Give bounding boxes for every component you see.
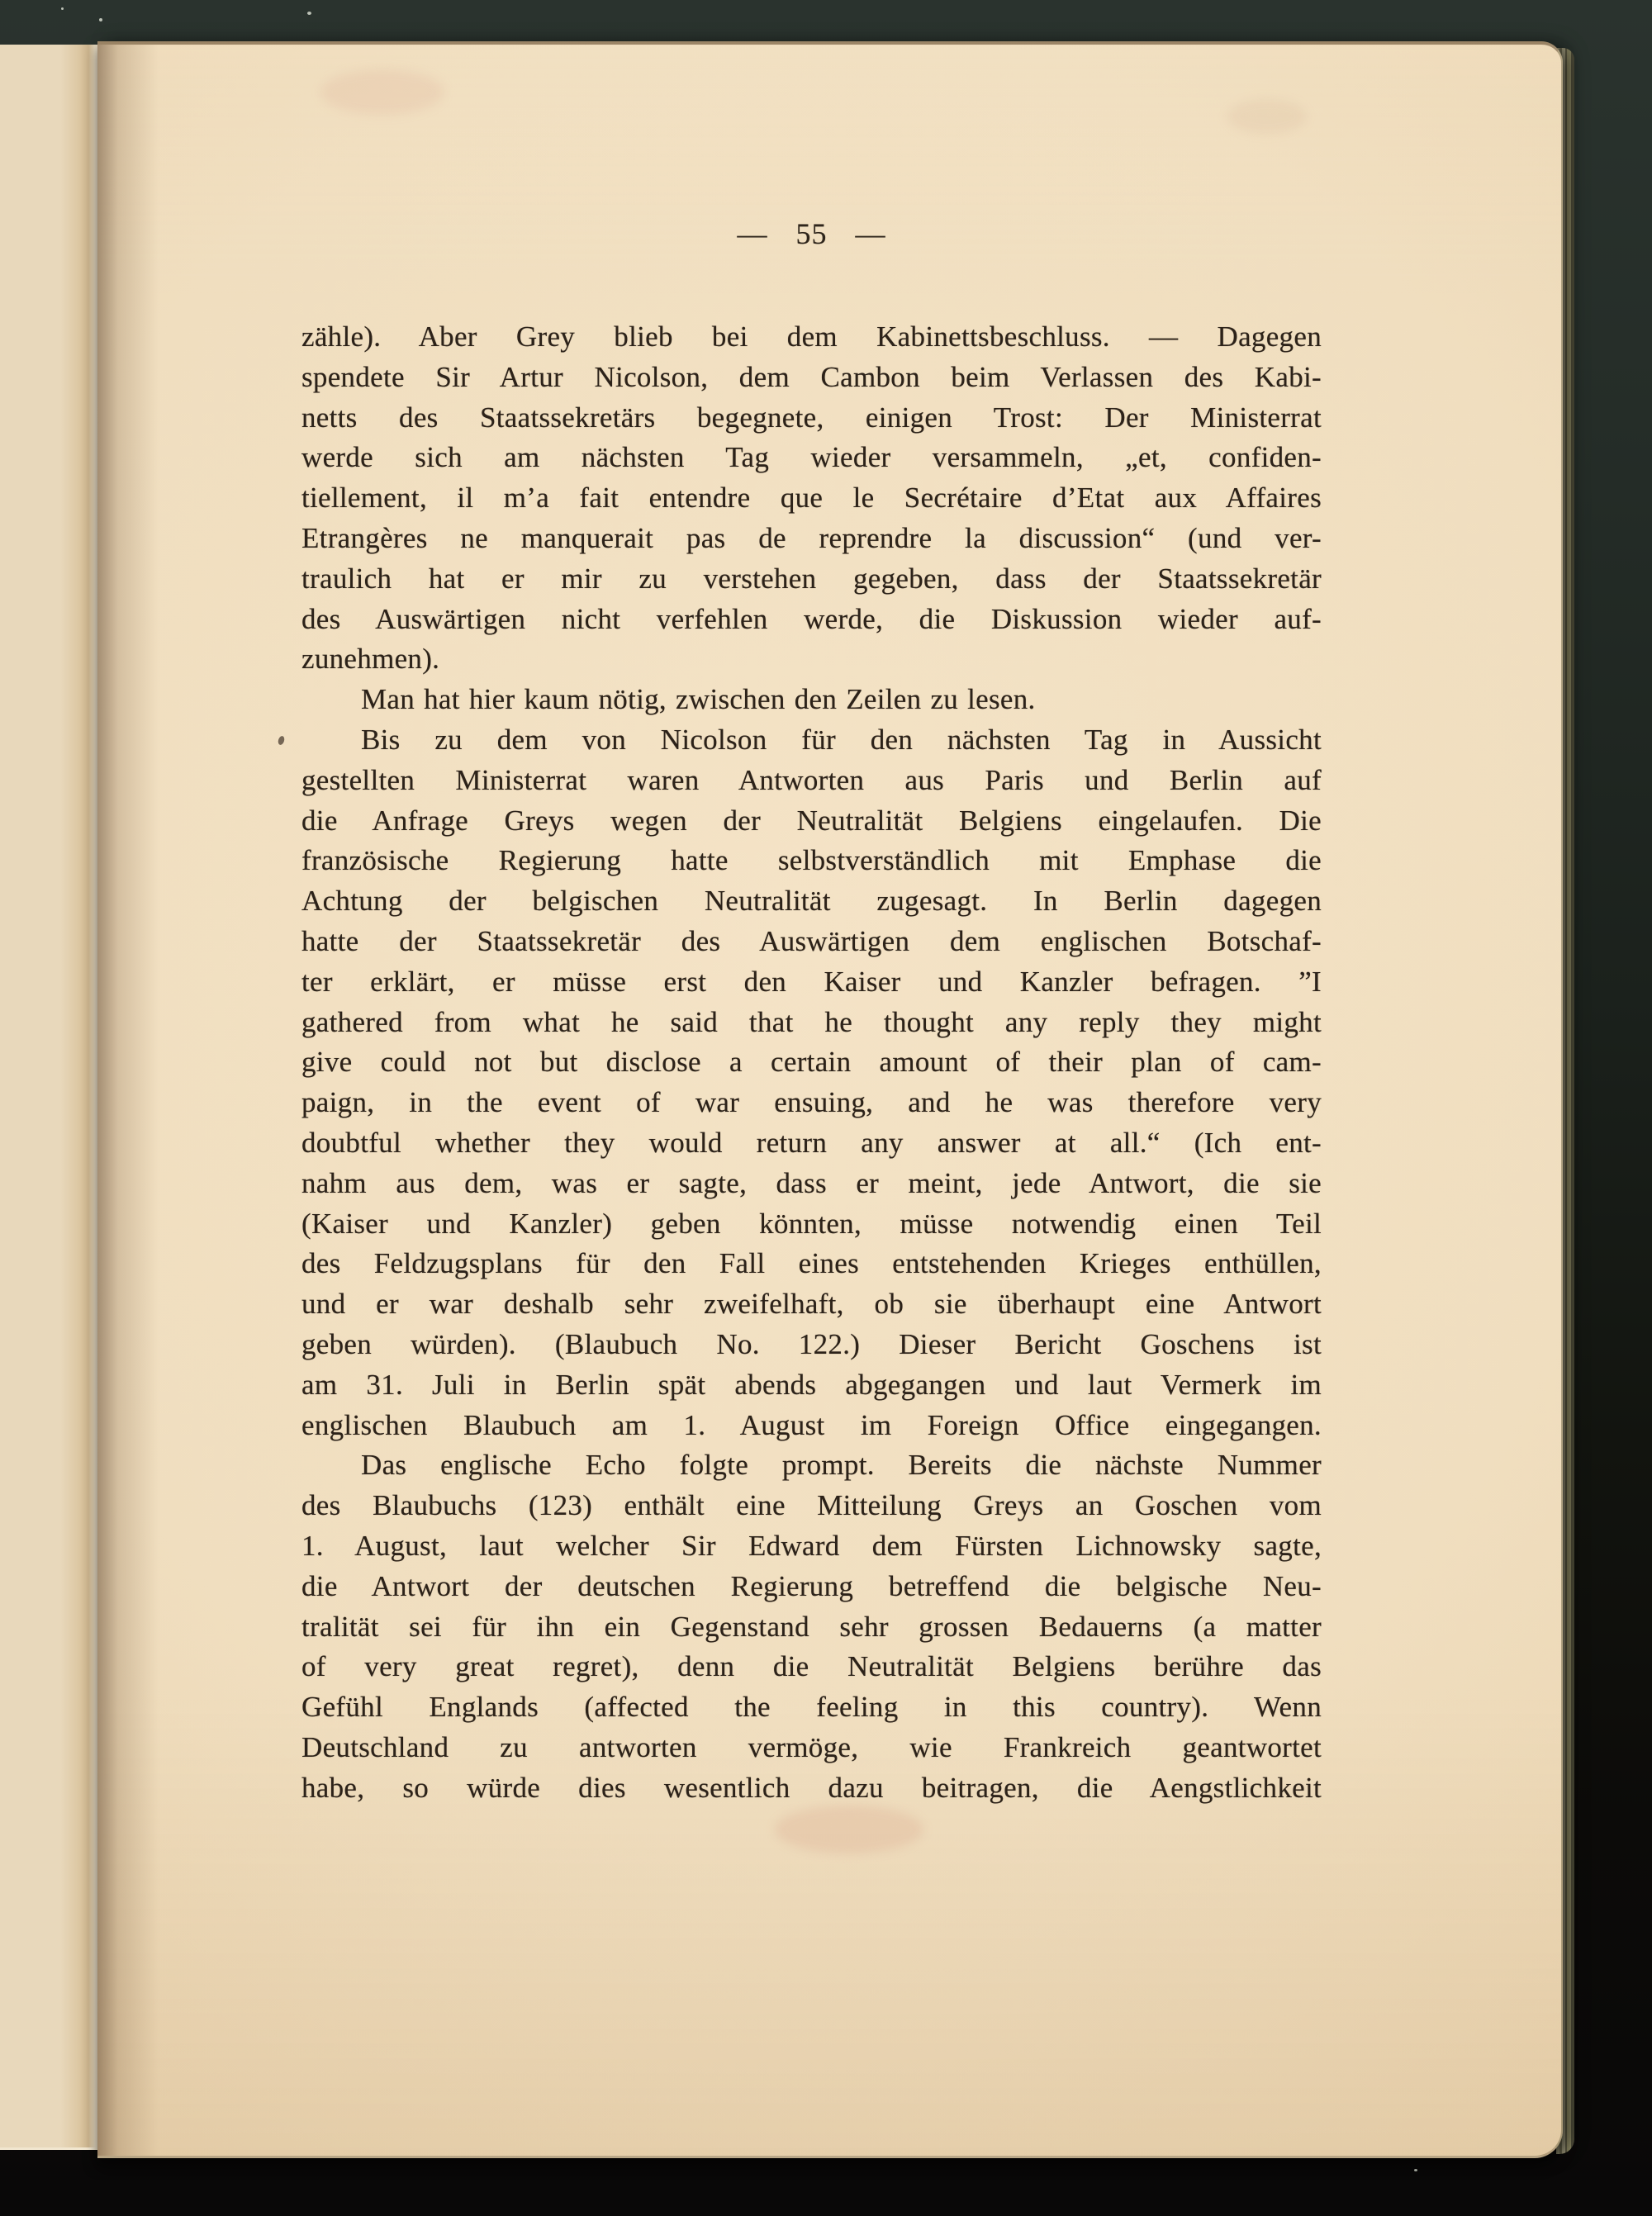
text-line: Gefühl Englands (affected the feeling in… bbox=[301, 1687, 1322, 1728]
text-line: tralität sei für ihn ein Gegenstand sehr… bbox=[301, 1607, 1322, 1648]
text-line: 1. August, laut welcher Sir Edward dem F… bbox=[301, 1526, 1322, 1567]
text-line: Bis zu dem von Nicolson für den nächsten… bbox=[301, 720, 1322, 761]
text-line: habe, so würde dies wesentlich dazu beit… bbox=[301, 1768, 1322, 1809]
text-line: geben würden). (Blaubuch No. 122.) Diese… bbox=[301, 1325, 1322, 1365]
scan-background: — 55 — zähle). Aber Grey blieb bei dem K… bbox=[0, 0, 1652, 2216]
text-line: des Auswärtigen nicht verfehlen werde, d… bbox=[301, 600, 1322, 640]
text-line: hatte der Staatssekretär des Auswärtigen… bbox=[301, 922, 1322, 962]
text-line: doubtful whether they would return any a… bbox=[301, 1123, 1322, 1164]
paper-stain bbox=[775, 1806, 923, 1853]
dust-speck bbox=[1414, 2169, 1417, 2171]
text-line: Etrangères ne manquerait pas de reprendr… bbox=[301, 519, 1322, 559]
dust-speck bbox=[307, 12, 311, 15]
text-line: Deutschland zu antworten vermöge, wie Fr… bbox=[301, 1728, 1322, 1768]
text-line: Man hat hier kaum nötig, zwischen den Ze… bbox=[301, 680, 1322, 720]
page-number-header: — 55 — bbox=[301, 214, 1322, 255]
text-line: paign, in the event of war ensuing, and … bbox=[301, 1083, 1322, 1123]
text-line: werde sich am nächsten Tag wieder versam… bbox=[301, 438, 1322, 478]
text-line: of very great regret), denn die Neutrali… bbox=[301, 1647, 1322, 1687]
text-line: des Blaubuchs (123) enthält eine Mitteil… bbox=[301, 1486, 1322, 1526]
text-line: gestellten Ministerrat waren Antworten a… bbox=[301, 761, 1322, 801]
text-line: (Kaiser und Kanzler) geben könnten, müss… bbox=[301, 1204, 1322, 1245]
text-line: zähle). Aber Grey blieb bei dem Kabinett… bbox=[301, 317, 1322, 358]
text-line: ter erklärt, er müsse erst den Kaiser un… bbox=[301, 962, 1322, 1003]
left-page-fold-edge bbox=[0, 45, 104, 2150]
text-line: am 31. Juli in Berlin spät abends abgega… bbox=[301, 1365, 1322, 1406]
text-line: zunehmen). bbox=[301, 639, 1322, 680]
text-line: spendete Sir Artur Nicolson, dem Cambon … bbox=[301, 358, 1322, 398]
text-line: und er war deshalb sehr zweifelhaft, ob … bbox=[301, 1284, 1322, 1325]
text-line: die Anfrage Greys wegen der Neutralität … bbox=[301, 801, 1322, 842]
text-line: des Feldzugsplans für den Fall eines ent… bbox=[301, 1244, 1322, 1284]
book-page: — 55 — zähle). Aber Grey blieb bei dem K… bbox=[97, 41, 1563, 2158]
text-line: give could not but disclose a certain am… bbox=[301, 1042, 1322, 1083]
dust-speck bbox=[61, 7, 64, 10]
dust-speck bbox=[99, 18, 102, 21]
body-text: zähle). Aber Grey blieb bei dem Kabinett… bbox=[301, 317, 1322, 1808]
text-line: Das englische Echo folgte prompt. Bereit… bbox=[301, 1445, 1322, 1486]
text-line: traulich hat er mir zu verstehen gegeben… bbox=[301, 559, 1322, 600]
text-line: englischen Blaubuch am 1. August im Fore… bbox=[301, 1406, 1322, 1446]
text-line: Achtung der belgischen Neutralität zuges… bbox=[301, 881, 1322, 922]
text-line: die Antwort der deutschen Regierung betr… bbox=[301, 1567, 1322, 1607]
text-line: nahm aus dem, was er sagte, dass er mein… bbox=[301, 1164, 1322, 1204]
ink-speck bbox=[277, 735, 285, 746]
text-line: gathered from what he said that he thoug… bbox=[301, 1003, 1322, 1043]
paper-stain bbox=[320, 69, 444, 115]
gutter-fold-shadow bbox=[97, 45, 159, 2156]
paper-stain bbox=[1227, 99, 1307, 134]
text-line: netts des Staatssekretärs begegnete, ein… bbox=[301, 398, 1322, 439]
text-line: französische Regierung hatte selbstverst… bbox=[301, 841, 1322, 881]
text-line: tiellement, il m’a fait entendre que le … bbox=[301, 478, 1322, 519]
